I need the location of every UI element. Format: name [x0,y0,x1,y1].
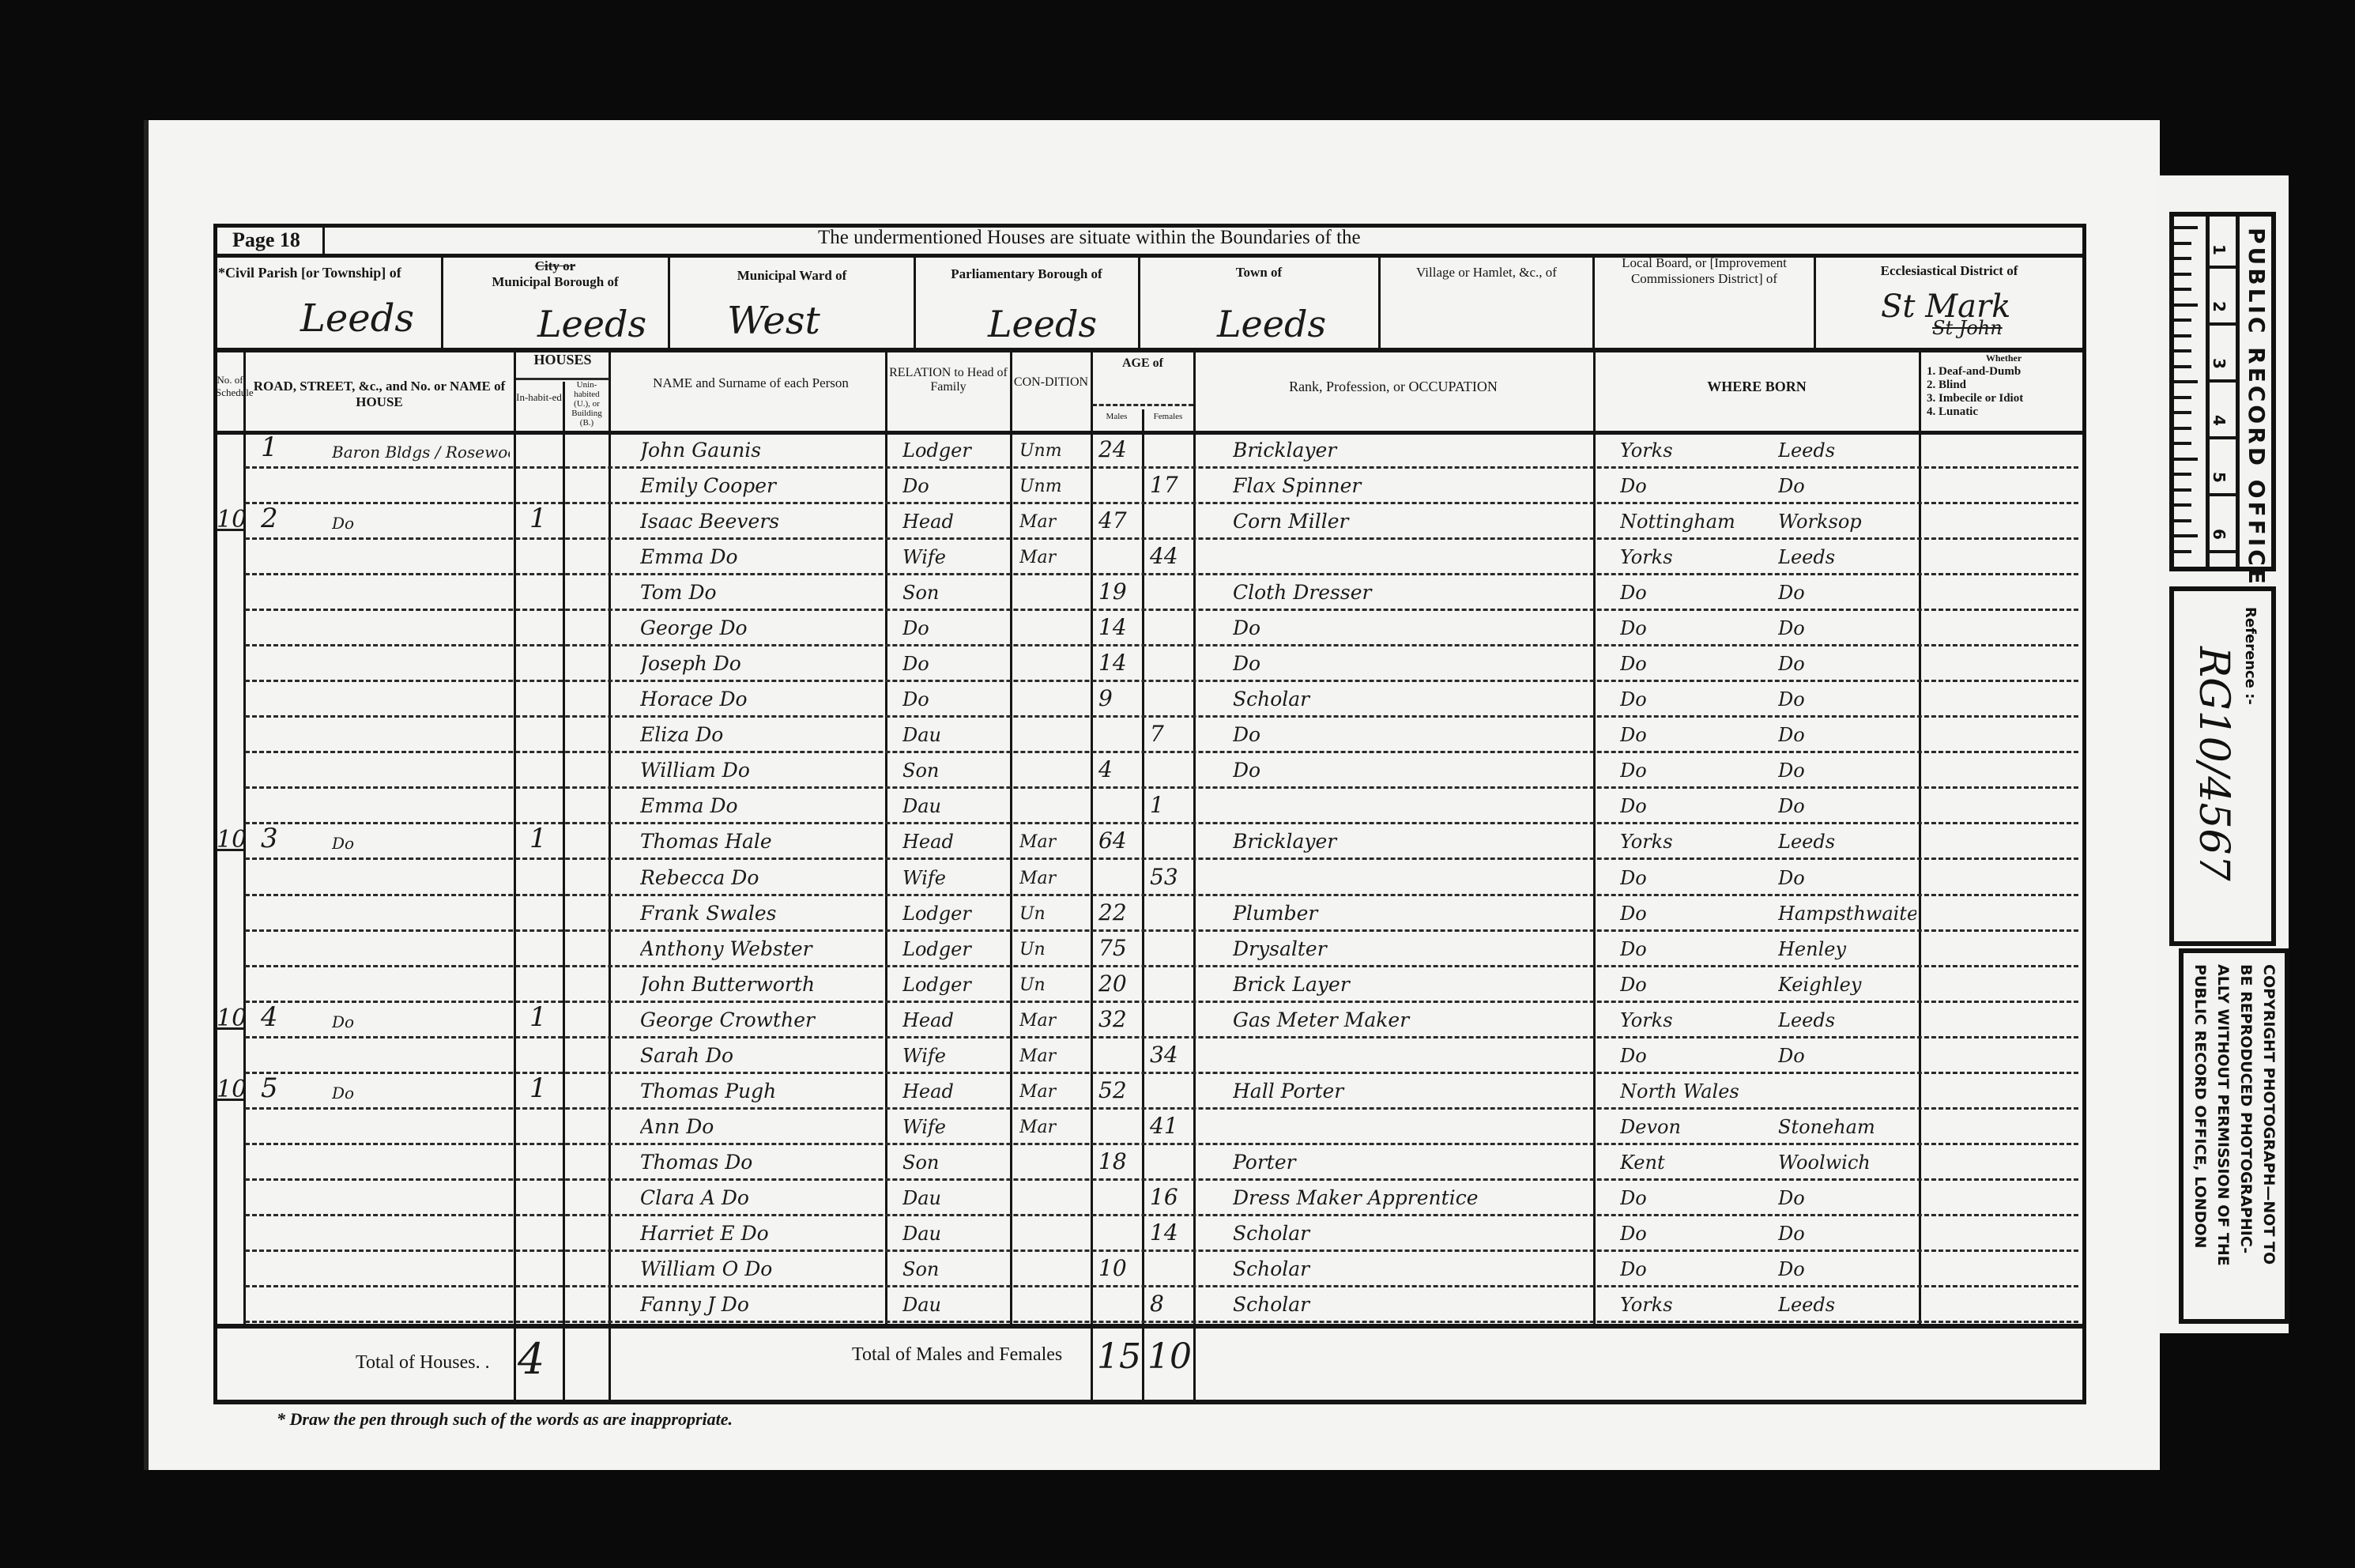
road-name: Do [332,1084,510,1102]
table-row: George DoDo14DoDoDo [213,612,2086,647]
copyright-box: COPYRIGHT PHOTOGRAPH—NOT TO BE REPRODUCE… [2179,948,2289,1324]
born-place: Leeds [1778,439,1916,462]
row-rule [245,1285,2078,1287]
female-age: 17 [1150,472,1193,498]
condition: Un [1019,904,1089,924]
road-name: Do [332,514,510,533]
condition: Mar [1019,832,1089,852]
total-males: 15 [1097,1336,1141,1377]
inhabited-mark: 1 [529,823,561,854]
copyright-line: COPYRIGHT PHOTOGRAPH—NOT TO [2257,964,2280,1266]
ruler-tick [2174,257,2191,260]
row-rule [245,786,2078,789]
col-uninhabited: Unin-habited (U.), or Building (B.) [565,380,609,428]
parliamentary-borough-label: Parliamentary Borough of [916,266,1137,282]
house-number: 5 [261,1072,292,1104]
ruler-tick [2174,334,2191,337]
occupation: Flax Spinner [1233,474,1588,497]
col-where-born: WHERE BORN [1596,379,1918,395]
person-name: Emma Do [640,545,885,568]
born-county: Devon [1620,1116,1762,1138]
ruler-tick [2174,303,2198,307]
row-rule [245,894,2078,896]
ruler-tick [2174,318,2191,322]
born-place: Leeds [1778,831,1916,853]
ruler-number: 4 [2210,415,2229,426]
male-age: 47 [1098,507,1142,533]
municipal-borough-label: Municipal Borough of [443,274,668,290]
row-rule [245,1249,2078,1252]
row-rule [245,680,2078,682]
reference-box: Reference :- RG10/4567 [2169,586,2276,946]
born-place: Leeds [1778,1294,1916,1316]
male-age: 20 [1098,971,1142,997]
relation: Do [902,653,1009,675]
relation: Lodger [902,938,1009,960]
total-persons-label: Total of Males and Females [852,1344,1062,1366]
table-row: Fanny J DoDau8ScholarYorksLeeds [213,1288,2086,1324]
person-name: Anthony Webster [640,937,885,960]
page-number: 18 [280,228,300,251]
table-row: 1023Do1Thomas HaleHeadMar64BricklayerYor… [213,825,2086,861]
ruler-number: 3 [2210,358,2229,369]
person-name: Thomas Do [640,1151,885,1174]
female-age: 53 [1150,864,1193,890]
born-county: North Wales [1620,1080,1762,1102]
relation: Do [902,688,1009,710]
person-name: Thomas Hale [640,830,885,853]
born-county: Do [1620,903,1762,925]
table-row: Emily CooperDoUnm17Flax SpinnerDoDo [213,469,2086,505]
ruler-divider [2236,217,2240,567]
row-rule [245,1107,2078,1110]
infirmity-1: 1. Deaf-and-Dumb [1927,365,2081,379]
ruler-divider [2206,217,2210,567]
ruler-tick [2174,380,2198,383]
born-county: Yorks [1620,831,1762,853]
born-place: Worksop [1778,511,1916,533]
ruler-cell-divider [2206,493,2237,496]
condition: Mar [1019,512,1089,532]
born-place: Do [1778,582,1916,604]
row-rule [245,502,2078,504]
born-place: Do [1778,1187,1916,1209]
ecclesiastical-struck-value: St John [1932,317,2003,339]
male-age: 24 [1098,436,1142,462]
table-row: 1045Do1Thomas PughHeadMar52Hall PorterNo… [213,1075,2086,1110]
house-number: 2 [261,503,292,534]
relation: Wife [902,1116,1009,1138]
municipal-ward-label: Municipal Ward of [670,268,914,284]
condition: Mar [1019,1011,1089,1031]
table-row: Harriet E DoDau14ScholarDoDo [213,1217,2086,1253]
ruler-tick [2174,473,2191,476]
col-schedule: No. of Schedule [216,374,244,399]
female-age: 14 [1150,1219,1193,1246]
ruler-number: 6 [2210,529,2229,540]
born-county: Do [1620,1187,1762,1209]
person-name: John Butterworth [640,973,885,996]
col-road: ROAD, STREET, &c., and No. or NAME of HO… [247,379,512,410]
male-age: 4 [1098,756,1142,782]
person-name: Ann Do [640,1115,885,1138]
table-row: Horace DoDo9ScholarDoDo [213,683,2086,718]
municipal-borough-value: Leeds [537,303,646,345]
born-county: Do [1620,475,1762,497]
occupation: Scholar [1233,1222,1588,1245]
occupation: Gas Meter Maker [1233,1008,1588,1031]
born-county: Do [1620,688,1762,710]
ruler-number: 5 [2210,472,2229,483]
female-age: 8 [1150,1291,1193,1317]
table-row: Sarah DoWifeMar34DoDo [213,1039,2086,1075]
ruler-tick [2174,427,2191,430]
ruler-tick [2174,534,2198,537]
footnote: * Draw the pen through such of the words… [277,1409,733,1430]
person-name: Fanny J Do [640,1293,885,1316]
row-rule [245,1036,2078,1038]
infirmity-2: 2. Blind [1927,379,2081,392]
born-county: Do [1620,1223,1762,1245]
inhabited-mark: 1 [529,503,561,534]
male-age: 32 [1098,1006,1142,1032]
person-name: Isaac Beevers [640,510,885,533]
born-place: Do [1778,617,1916,639]
table-row: William O DoSon10ScholarDoDo [213,1253,2086,1288]
civil-parish-value: Leeds [300,296,414,341]
ruler: PUBLIC RECORD OFFICE 123456 [2169,212,2276,571]
row-rule [245,1072,2078,1074]
reference-value: RG10/4567 [2190,646,2237,881]
born-place: Do [1778,867,1916,889]
table-row: Frank SwalesLodgerUn22PlumberDoHampsthwa… [213,897,2086,933]
row-rule [245,822,2078,824]
total-houses-label: Total of Houses. . [356,1352,490,1374]
page-label: Page 18 [232,228,300,252]
row-rule [245,857,2078,860]
parliamentary-borough-value: Leeds [988,303,1097,345]
person-name: William Do [640,759,885,782]
condition: Mar [1019,1082,1089,1102]
ruler-tick [2174,365,2191,368]
row-rule [245,609,2078,611]
ruler-cell-divider [2206,379,2237,383]
row-rule [245,644,2078,646]
relation: Son [902,759,1009,782]
infirmity-4: 4. Lunatic [1927,405,2081,419]
ruler-number: 1 [2210,244,2229,255]
born-place: Stoneham [1778,1116,1916,1138]
row-rule [245,1001,2078,1003]
row-rule [245,1321,2078,1323]
born-place: Do [1778,1045,1916,1067]
ruler-tick [2174,458,2198,461]
born-county: Do [1620,617,1762,639]
female-age: 44 [1150,543,1193,569]
frame-bottom [213,1400,2086,1404]
ruler-cell-divider [2206,550,2237,553]
occupation: Dress Maker Apprentice [1233,1186,1588,1209]
ecclesiastical-label: Ecclesiastical District of [1816,263,2082,279]
ruler-cell-divider [2206,266,2237,269]
table-row: Clara A DoDau16Dress Maker ApprenticeDoD… [213,1182,2086,1217]
col-houses: HOUSES [516,352,609,368]
occupation: Do [1233,759,1588,782]
infirmity-3: 3. Imbecile or Idiot [1927,392,2081,405]
condition: Un [1019,940,1089,959]
condition: Mar [1019,548,1089,567]
ruler-tick [2174,242,2191,245]
relation: Wife [902,1045,1009,1067]
born-county: Do [1620,1258,1762,1280]
col-condition: CON-DITION [1012,375,1091,390]
table-row: Joseph DoDo14DoDoDo [213,647,2086,683]
occupation: Bricklayer [1233,439,1588,462]
table-row: William DoSon4DoDoDo [213,754,2086,790]
occupation: Scholar [1233,688,1588,710]
born-place: Henley [1778,938,1916,960]
born-place: Hampsthwaite [1778,903,1916,925]
ruler-tick [2174,550,2191,553]
male-age: 18 [1098,1148,1142,1174]
ruler-tick [2174,396,2191,399]
occupation: Scholar [1233,1257,1588,1280]
relation: Dau [902,1223,1009,1245]
ruler-tick [2174,519,2191,522]
schedule-number: 102 [217,826,243,854]
born-county: Do [1620,582,1762,604]
total-houses-value: 4 [518,1334,544,1384]
relation: Son [902,1151,1009,1174]
person-name: Frank Swales [640,902,885,925]
col-occupation: Rank, Profession, or OCCUPATION [1196,379,1591,395]
person-name: Tom Do [640,581,885,604]
local-board-label: Local Board, or [Improvement Commissione… [1595,255,1814,287]
municipal-ward-value: West [727,299,820,343]
house-number: 4 [261,1001,292,1033]
table-row: Thomas DoSon18PorterKentWoolwich [213,1146,2086,1182]
relation: Lodger [902,974,1009,996]
male-age: 64 [1098,827,1142,854]
born-county: Do [1620,867,1762,889]
person-name: Emily Cooper [640,474,885,497]
row-rule [245,1143,2078,1145]
page-divider [322,227,325,254]
born-county: Do [1620,974,1762,996]
born-place: Do [1778,1258,1916,1280]
page-label-text: Page [232,228,274,251]
row-rule [245,537,2078,540]
table-row: Eliza DoDau7DoDoDo [213,718,2086,754]
male-age: 75 [1098,935,1142,961]
infirmity-heading: Whether [1927,352,2081,365]
road-name: Baron Bldgs / Rosewood Street [332,443,510,462]
city-struck-label: City or [443,258,668,274]
male-age: 22 [1098,899,1142,925]
row-rule [245,751,2078,753]
born-county: Do [1620,938,1762,960]
condition: Unm [1019,477,1089,496]
born-place: Keighley [1778,974,1916,996]
condition: Mar [1019,869,1089,888]
born-county: Yorks [1620,546,1762,568]
col-inhabited: In-habit-ed [516,391,562,404]
occupation: Brick Layer [1233,973,1588,996]
totals-rule [213,1324,2086,1329]
col-infirmity: Whether 1. Deaf-and-Dumb 2. Blind 3. Imb… [1927,352,2081,419]
female-age: 7 [1150,721,1193,747]
relation: Lodger [902,439,1009,462]
male-age: 10 [1098,1255,1142,1281]
civil-parish-label: *Civil Parish [or Township] of [218,265,439,281]
copyright-line: BE REPRODUCED PHOTOGRAPHIC- [2234,964,2257,1266]
person-name: John Gaunis [640,439,885,462]
col-females: Females [1144,412,1193,421]
male-age: 9 [1098,685,1142,711]
ruler-cell-divider [2206,322,2237,326]
schedule-number: 103 [217,1004,243,1032]
condition: Unm [1019,441,1089,461]
person-name: Eliza Do [640,723,885,746]
copyright-line: PUBLIC RECORD OFFICE, LONDON [2188,964,2211,1266]
table-row: 1012Do1Isaac BeeversHeadMar47Corn Miller… [213,505,2086,541]
ruler-tick [2174,349,2191,352]
male-age: 14 [1098,650,1142,676]
occupation: Do [1233,652,1588,675]
person-name: Clara A Do [640,1186,885,1209]
relation: Do [902,617,1009,639]
male-age: 19 [1098,579,1142,605]
schedule-number: 101 [217,506,243,533]
table-row: Anthony WebsterLodgerUn75DrysalterDoHenl… [213,933,2086,968]
col-males: Males [1092,412,1141,421]
ruler-tick [2174,411,2191,414]
person-name: Emma Do [640,794,885,817]
boundary-rule [213,348,2086,352]
village-label: Village or Hamlet, &c., of [1381,265,1592,281]
occupation: Cloth Dresser [1233,581,1588,604]
boundary-banner: The undermentioned Houses are situate wi… [818,227,1361,249]
relation: Dau [902,1294,1009,1316]
col-age: AGE of [1092,356,1193,371]
col-name: NAME and Surname of each Person [624,375,877,391]
condition: Mar [1019,1118,1089,1137]
row-rule [245,1214,2078,1216]
relation: Son [902,1258,1009,1280]
born-place: Do [1778,688,1916,710]
copyright-line: ALLY WITHOUT PERMISSION OF THE [2211,964,2234,1266]
table-row: 1034Do1George CrowtherHeadMar32Gas Meter… [213,1004,2086,1039]
relation: Head [902,1080,1009,1102]
occupation: Corn Miller [1233,510,1588,533]
occupation: Hall Porter [1233,1080,1588,1102]
office-name: PUBLIC RECORD OFFICE [2244,228,2270,587]
relation: Dau [902,1187,1009,1209]
road-name: Do [332,834,510,853]
born-place: Do [1778,1223,1916,1245]
table-row: Tom DoSon19Cloth DresserDoDo [213,576,2086,612]
born-county: Do [1620,653,1762,675]
born-county: Yorks [1620,439,1762,462]
born-place: Leeds [1778,546,1916,568]
occupation: Do [1233,723,1588,746]
table-row: Ann DoWifeMar41DevonStoneham [213,1110,2086,1146]
occupation: Porter [1233,1151,1588,1174]
relation: Wife [902,546,1009,568]
person-name: Harriet E Do [640,1222,885,1245]
ruler-cell-divider [2206,436,2237,439]
table-row: Emma DoDau1DoDo [213,790,2086,825]
occupation: Drysalter [1233,937,1588,960]
female-age: 16 [1150,1184,1193,1210]
town-label: Town of [1140,265,1377,281]
born-county: Yorks [1620,1294,1762,1316]
table-row: 1Baron Bldgs / Rosewood StreetJohn Gauni… [213,434,2086,469]
row-rule [245,1178,2078,1181]
born-county: Do [1620,1045,1762,1067]
born-county: Do [1620,795,1762,817]
female-age: 1 [1150,792,1193,818]
born-place: Do [1778,653,1916,675]
relation: Lodger [902,903,1009,925]
relation: Head [902,831,1009,853]
copyright-text: COPYRIGHT PHOTOGRAPH—NOT TO BE REPRODUCE… [2188,964,2280,1266]
ruler-tick [2174,442,2191,445]
relation: Dau [902,795,1009,817]
row-rule [245,965,2078,967]
born-county: Do [1620,759,1762,782]
born-place: Do [1778,795,1916,817]
relation: Wife [902,867,1009,889]
road-name: Do [332,1012,510,1031]
ruler-number: 2 [2210,301,2229,312]
born-county: Yorks [1620,1009,1762,1031]
col-relation: RELATION to Head of Family [887,366,1010,394]
table-row: Emma DoWifeMar44YorksLeeds [213,541,2086,576]
ruler-tick [2174,273,2191,276]
total-females: 10 [1147,1336,1192,1377]
census-form: Page 18 The undermentioned Houses are si… [213,224,2086,1403]
occupation: Bricklayer [1233,830,1588,853]
house-number: 1 [261,432,292,463]
town-value: Leeds [1217,303,1326,345]
person-name: George Crowther [640,1008,885,1031]
person-name: Rebecca Do [640,866,885,889]
occupation: Plumber [1233,902,1588,925]
person-name: George Do [640,616,885,639]
table-row: John ButterworthLodgerUn20Brick LayerDoK… [213,968,2086,1004]
born-county: Nottingham [1620,511,1762,533]
inhabited-mark: 1 [529,1072,561,1104]
born-place: Do [1778,759,1916,782]
relation: Do [902,475,1009,497]
person-name: Joseph Do [640,652,885,675]
ruler-tick [2174,288,2191,291]
born-place: Leeds [1778,1009,1916,1031]
inhabited-mark: 1 [529,1001,561,1033]
female-age: 41 [1150,1113,1193,1139]
born-place: Woolwich [1778,1151,1916,1174]
age-rule [1092,404,1193,406]
born-place: Do [1778,475,1916,497]
row-rule [245,573,2078,575]
condition: Mar [1019,1046,1089,1066]
male-age: 52 [1098,1077,1142,1103]
census-rows: 1Baron Bldgs / Rosewood StreetJohn Gauni… [213,434,2086,1324]
house-number: 3 [261,823,292,854]
person-name: Sarah Do [640,1044,885,1067]
born-place: Do [1778,724,1916,746]
